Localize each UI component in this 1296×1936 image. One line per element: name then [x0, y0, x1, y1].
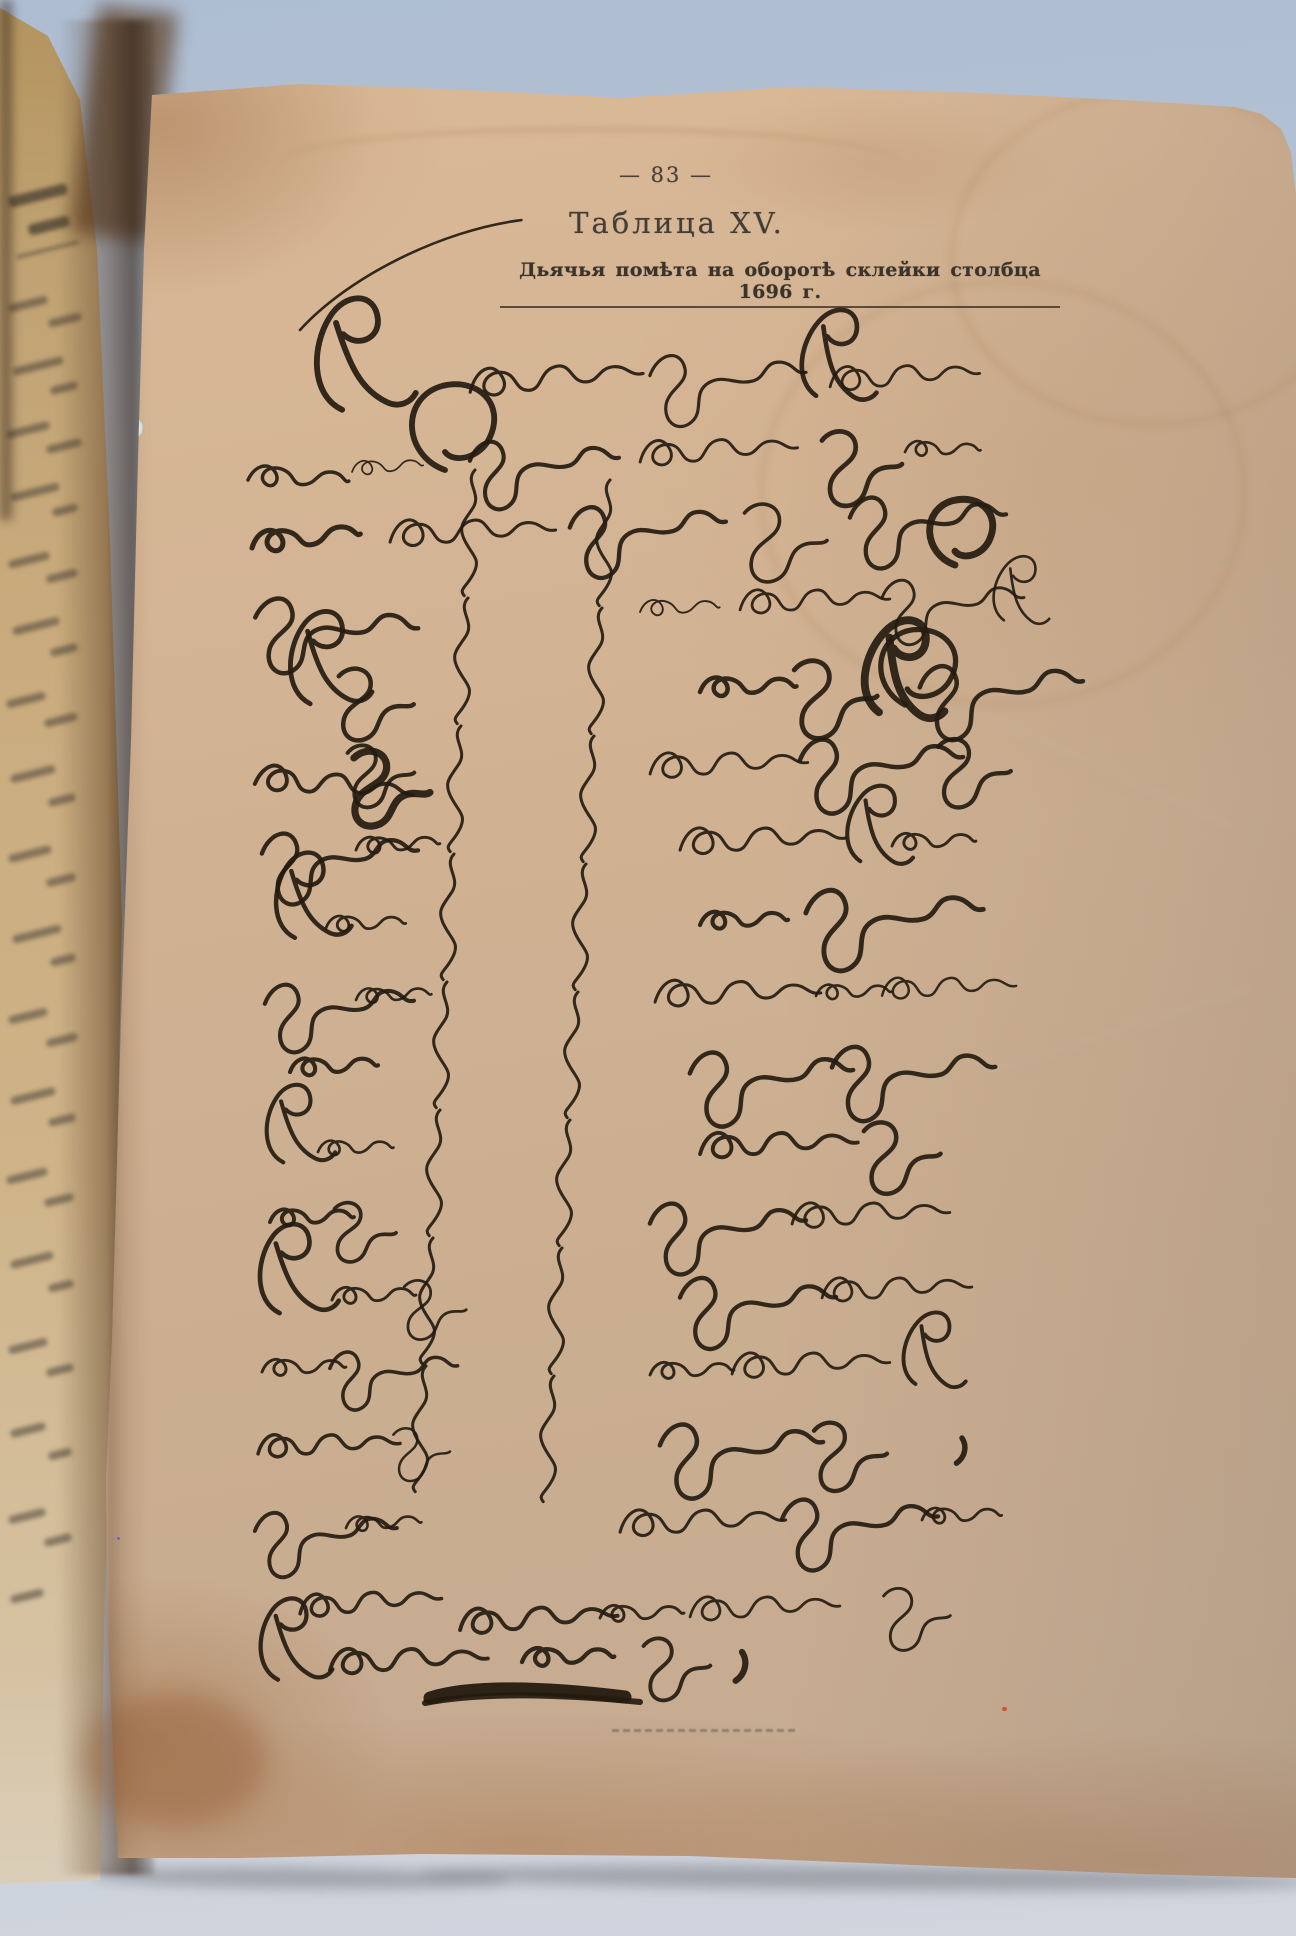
- handwriting-line: [264, 974, 1016, 1054]
- book-page: — 83 — Таблица XV. Дьячья помѣта на обор…: [0, 0, 1296, 1936]
- handwriting-line: [261, 784, 976, 906]
- handwriting-line: [289, 1044, 996, 1127]
- handwriting-line: [299, 1585, 952, 1703]
- handwriting-line: [290, 207, 980, 470]
- handwriting-line: [257, 1420, 964, 1500]
- blurred-print-line: [6, 691, 47, 708]
- handwriting-line: [256, 1221, 973, 1350]
- handwriting-vertical-line: [537, 479, 616, 1502]
- handwriting-line: [264, 1082, 942, 1194]
- manuscript-facsimile: [0, 0, 1296, 1936]
- photo-edge-shadow: [0, 0, 12, 520]
- photo-surface: — 83 — Таблица XV. Дьячья помѣта на обор…: [0, 0, 1296, 1936]
- blurred-print-line: [10, 1422, 47, 1438]
- blurred-print-line: [10, 765, 57, 784]
- blurred-print-line: [12, 616, 61, 635]
- blurred-print-line: [8, 1007, 49, 1024]
- red-speck: [1002, 1707, 1007, 1711]
- blurred-print-line: [6, 421, 51, 439]
- blurred-print-line: [8, 1337, 49, 1354]
- blurred-print-line: [8, 551, 51, 569]
- handwriting-line: [254, 1495, 1002, 1578]
- blurred-print-line: [12, 924, 62, 944]
- handwriting-line: [250, 493, 1007, 582]
- blurred-print-line: [8, 845, 53, 863]
- blurred-print-line: [8, 1508, 47, 1525]
- blurred-print-line: [10, 1251, 55, 1269]
- handwriting-line: [272, 849, 986, 972]
- blurred-print-line: [10, 1588, 45, 1604]
- blurred-print-line: [8, 295, 49, 312]
- blurred-print-line: [12, 356, 64, 376]
- handwriting-bold-accents: [347, 499, 993, 832]
- handwriting-line: [254, 735, 1010, 815]
- paper-stain: [82, 1692, 267, 1827]
- blurred-print-line: [6, 1167, 49, 1185]
- handwriting-line: [252, 554, 1054, 680]
- section-rule: [612, 1729, 795, 1732]
- handwriting-line: [262, 1310, 971, 1411]
- handwriting-line: [287, 609, 1086, 743]
- blurred-print-line: [10, 482, 60, 502]
- violet-speck: [117, 1537, 120, 1540]
- handwriting-line: [270, 1198, 951, 1276]
- blurred-print-line: [10, 1087, 57, 1106]
